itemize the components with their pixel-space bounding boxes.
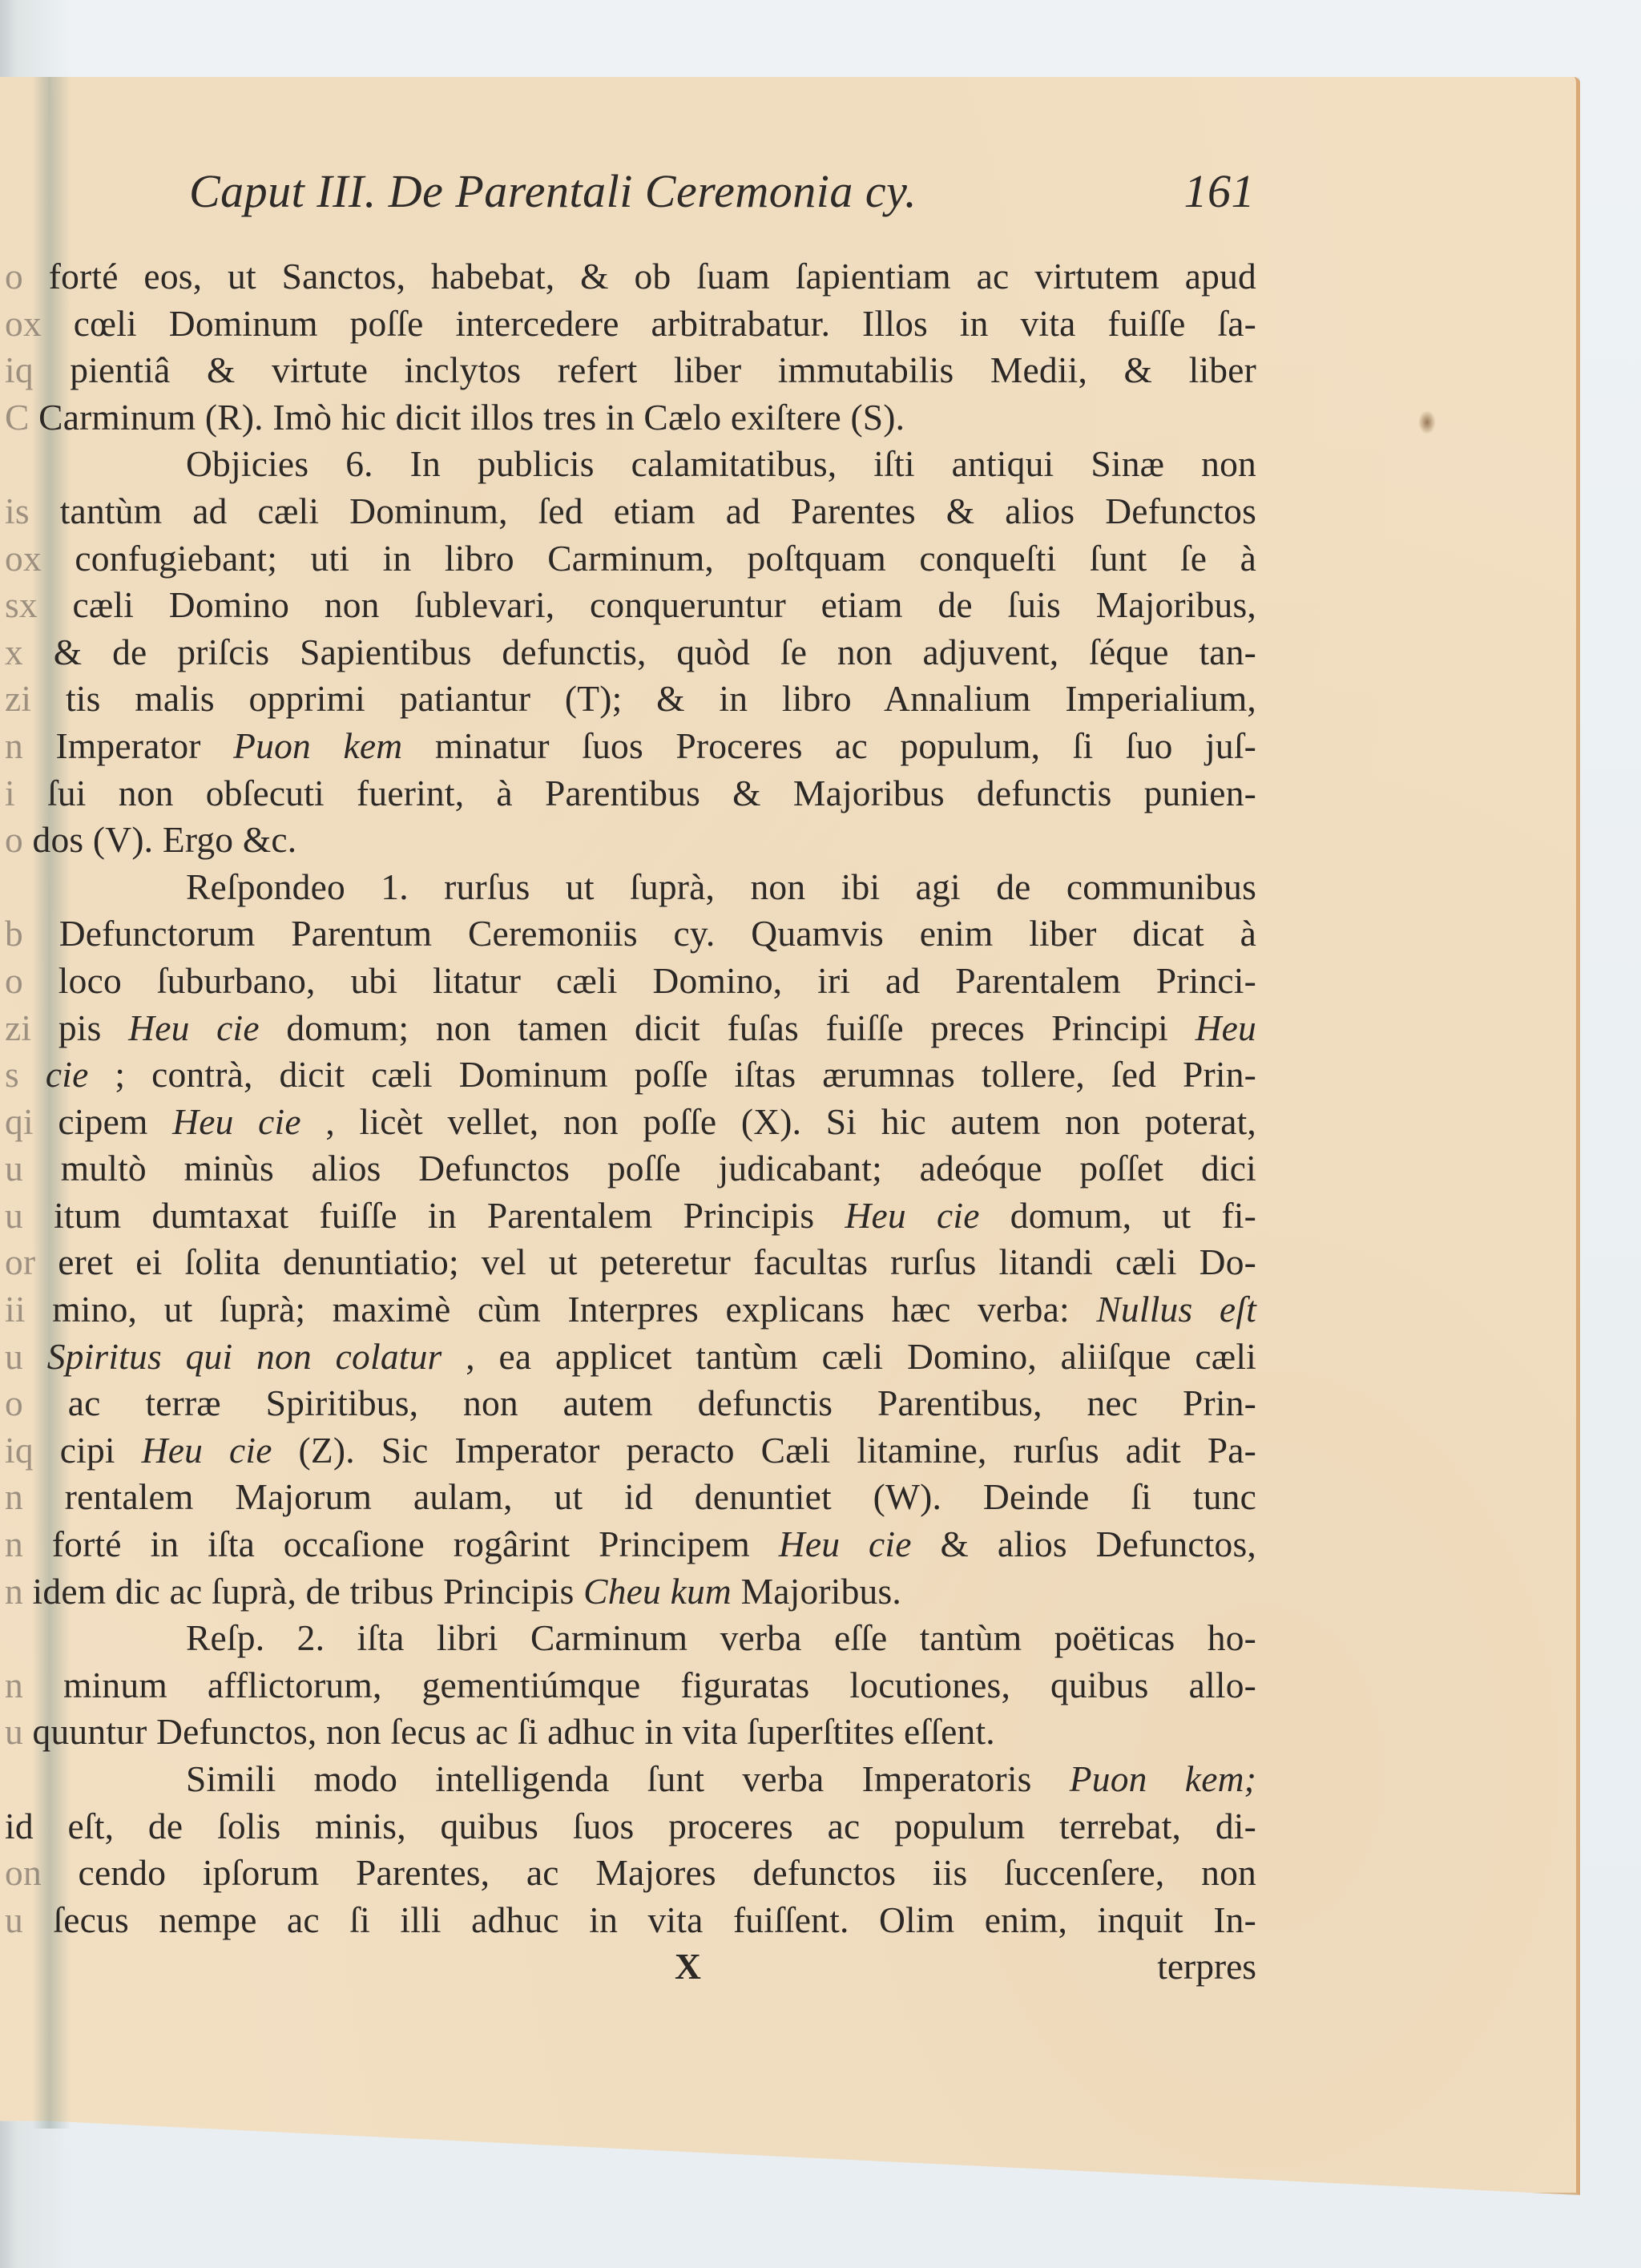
signature-mark: X [675,1943,701,1991]
text: multò minùs alios Defunctos poſſe judica… [61,1148,1256,1188]
running-title: Caput III. De Parentali Ceremonia cy. [189,164,917,218]
text: ſui non obſecuti fuerint, à Parentibus &… [47,773,1256,813]
cut: o [5,1382,23,1423]
text-after: (Z). Sic Imperator peracto Cæli litamine… [299,1430,1256,1471]
text-line: u ſecus nempe ac ſi illi adhuc in vita f… [0,1897,1256,1944]
text: mino, ut ſuprà; maximè cùm Interpres exp… [52,1289,1070,1330]
text-line: n Imperator Puon kem minatur ſuos Procer… [0,723,1256,770]
text: rentalem Majorum aulam, ut id denuntiet … [65,1476,1256,1517]
text-line: id eſt, de ſolis minis, quibus ſuos proc… [0,1803,1256,1850]
text-line: Reſpondeo 1. rurſus ut ſuprà, non ibi ag… [0,864,1256,911]
cut: u [5,1711,23,1752]
cut: u [5,1899,23,1940]
text: idem dic ac ſuprà, de tribus Principis [33,1571,575,1612]
text-line: n minum afflictorum, gementiúmque figura… [0,1662,1256,1709]
text: Reſpondeo 1. rurſus ut ſuprà, non ibi ag… [186,866,1256,907]
text: itum dumtaxat fuiſſe in Parentalem Princ… [54,1195,814,1236]
italic-end: Nullus eſt [1096,1289,1256,1330]
text-line: u quuntur Defunctos, non ſecus ac ſi adh… [0,1709,1256,1756]
italic: Heu cie [142,1430,272,1471]
text: pis [58,1007,102,1048]
text-line: zi tis malis opprimi patiantur (T); & in… [0,676,1256,723]
text-line: iq pientiâ & virtute inclytos refert lib… [0,347,1256,394]
cut: x [5,632,23,672]
cut: n [5,1571,23,1612]
body-text: o forté eos, ut Sanctos, habebat, & ob ſ… [0,253,1256,1991]
text: ſecus nempe ac ſi illi adhuc in vita fui… [53,1899,1256,1940]
cut: or [5,1241,35,1282]
text: cæli Domino non ſublevari, conqueruntur … [73,584,1256,625]
italic-start: Spiritus qui non colatur [47,1336,442,1377]
text: forté in iſta occaſione rogârint Princip… [52,1523,750,1564]
cut: o [5,960,23,1001]
text-line: iq cipi Heu cie (Z). Sic Imperator perac… [0,1427,1256,1475]
cut: o [5,819,23,860]
text-line: n idem dic ac ſuprà, de tribus Principis… [0,1568,1256,1616]
italic: Cheu kum [583,1571,732,1612]
cut: on [5,1852,42,1893]
text: Objicies 6. In publicis calamitatibus, i… [186,443,1256,484]
text-after: domum, ut fi- [1010,1195,1256,1236]
text-after: Majoribus. [741,1571,901,1612]
text-line: ox cœli Dominum poſſe intercedere arbitr… [0,301,1256,348]
page-header: Caput III. De Parentali Ceremonia cy. 16… [189,164,1255,228]
text: id eſt, de ſolis minis, quibus ſuos proc… [5,1806,1256,1846]
cut: ox [5,303,42,344]
cut: sx [5,584,38,625]
ink-stain [1418,410,1436,434]
italic: Heu cie [845,1195,979,1236]
italic-start: cie [46,1054,89,1095]
cut: i [5,773,15,813]
text-line: Reſp. 2. iſta libri Carminum verba eſſe … [0,1615,1256,1662]
text-line: C Carminum (R). Imò hic dicit illos tres… [0,394,1256,442]
text-line: n rentalem Majorum aulam, ut id denuntie… [0,1474,1256,1521]
text: dos (V). Ergo &c. [33,819,297,860]
cut: qi [5,1101,34,1142]
text: cipi [60,1430,115,1471]
text-line: o ac terræ Spiritibus, non autem defunct… [0,1380,1256,1427]
cut: u [5,1148,23,1188]
cut: zi [5,678,31,719]
text-after: , licèt vellet, non poſſe (X). Si hic au… [325,1101,1256,1142]
text-line: s cie ; contrà, dicit cæli Dominum poſſe… [0,1051,1256,1099]
italic: Heu cie [128,1007,260,1048]
text: ; contrà, dicit cæli Dominum poſſe iſtas… [115,1054,1256,1095]
cut: iq [5,349,34,390]
text: eret ei ſolita denuntiatio; vel ut peter… [58,1241,1256,1282]
text: Imperator [55,725,200,766]
cut: C [5,397,30,438]
text-after: & alios Defunctos, [940,1523,1256,1564]
italic: Heu cie [779,1523,912,1564]
text: minum afflictorum, gementiúmque figurata… [63,1665,1256,1705]
text-line: o loco ſuburbano, ubi litatur cæli Domin… [0,958,1256,1005]
text-line: ii mino, ut ſuprà; maximè cùm Interpres … [0,1286,1256,1334]
cut: n [5,1523,23,1564]
text-line: zi pis Heu cie domum; non tamen dicit fu… [0,1005,1256,1052]
text: cendo ipſorum Parentes, ac Majores defun… [79,1852,1256,1893]
text: , ea applicet tantùm cæli Domino, aliiſq… [466,1336,1256,1377]
text-line: o forté eos, ut Sanctos, habebat, & ob ſ… [0,253,1256,301]
text-line: on cendo ipſorum Parentes, ac Majores de… [0,1850,1256,1897]
cut: u [5,1336,23,1377]
cut: n [5,1476,23,1517]
text-line: o dos (V). Ergo &c. [0,817,1256,864]
italic: Puon kem [233,725,402,766]
text-line: ox confugiebant; uti in libro Carminum, … [0,535,1256,583]
text: Reſp. 2. iſta libri Carminum verba eſſe … [186,1617,1256,1658]
text: Simili modo intelligenda ſunt verba Impe… [186,1758,1032,1799]
cut: o [5,256,23,297]
text: Carminum (R). Imò hic dicit illos tres i… [38,397,905,438]
catchword: terpres [1157,1943,1256,1991]
cut: zi [5,1007,31,1048]
text-line: qi cipem Heu cie , licèt vellet, non poſ… [0,1099,1256,1146]
cut: n [5,1665,23,1705]
cut: ox [5,538,42,579]
text-line: is tantùm ad cæli Dominum, ſed etiam ad … [0,488,1256,535]
text: Defunctorum Parentum Ceremoniis cy. Quam… [59,913,1256,954]
text: cipem [58,1101,147,1142]
text-line: sx cæli Domino non ſublevari, conquerunt… [0,582,1256,629]
cut: n [5,725,23,766]
footer-row: Xterpres [0,1943,1256,1991]
italic: Heu cie [172,1101,301,1142]
text-line: x & de priſcis Sapientibus defunctis, qu… [0,629,1256,676]
text-line: b Defunctorum Parentum Ceremoniis cy. Qu… [0,910,1256,958]
cut: s [5,1054,19,1095]
text: forté eos, ut Sanctos, habebat, & ob ſua… [49,256,1256,297]
text: quuntur Defunctos, non ſecus ac ſi adhuc… [33,1711,995,1752]
text: confugiebant; uti in libro Carminum, poſ… [75,538,1256,579]
text: & de priſcis Sapientibus defunctis, quòd… [54,632,1256,672]
text: tis malis opprimi patiantur (T); & in li… [66,678,1256,719]
text-after: domum; non tamen dicit fuſas fuiſſe prec… [286,1007,1168,1048]
text: ac terræ Spiritibus, non autem defunctis… [68,1382,1256,1423]
text-line: Objicies 6. In publicis calamitatibus, i… [0,441,1256,488]
cut: is [5,490,30,531]
text: cœli Dominum poſſe intercedere arbitraba… [74,303,1256,344]
text-line: n forté in iſta occaſione rogârint Princ… [0,1521,1256,1568]
cut: b [5,913,23,954]
text-line: u itum dumtaxat fuiſſe in Parentalem Pri… [0,1193,1256,1240]
text-line: Simili modo intelligenda ſunt verba Impe… [0,1756,1256,1803]
cut: u [5,1195,23,1236]
italic-end: Puon kem; [1070,1758,1256,1799]
text-line: i ſui non obſecuti fuerint, à Parentibus… [0,770,1256,817]
cut: iq [5,1430,34,1471]
text-line: u Spiritus qui non colatur , ea applicet… [0,1334,1256,1381]
text: loco ſuburbano, ubi litatur cæli Domino,… [58,960,1256,1001]
text-line: or eret ei ſolita denuntiatio; vel ut pe… [0,1239,1256,1286]
text-line: u multò minùs alios Defunctos poſſe judi… [0,1145,1256,1193]
cut: ii [5,1289,26,1330]
text-after: minatur ſuos Proceres ac populum, ſi ſuo… [435,725,1256,766]
text: pientiâ & virtute inclytos refert liber … [70,349,1256,390]
italic-end: Heu [1195,1007,1256,1048]
page-number: 161 [1184,164,1256,218]
text: tantùm ad cæli Dominum, ſed etiam ad Par… [60,490,1256,531]
